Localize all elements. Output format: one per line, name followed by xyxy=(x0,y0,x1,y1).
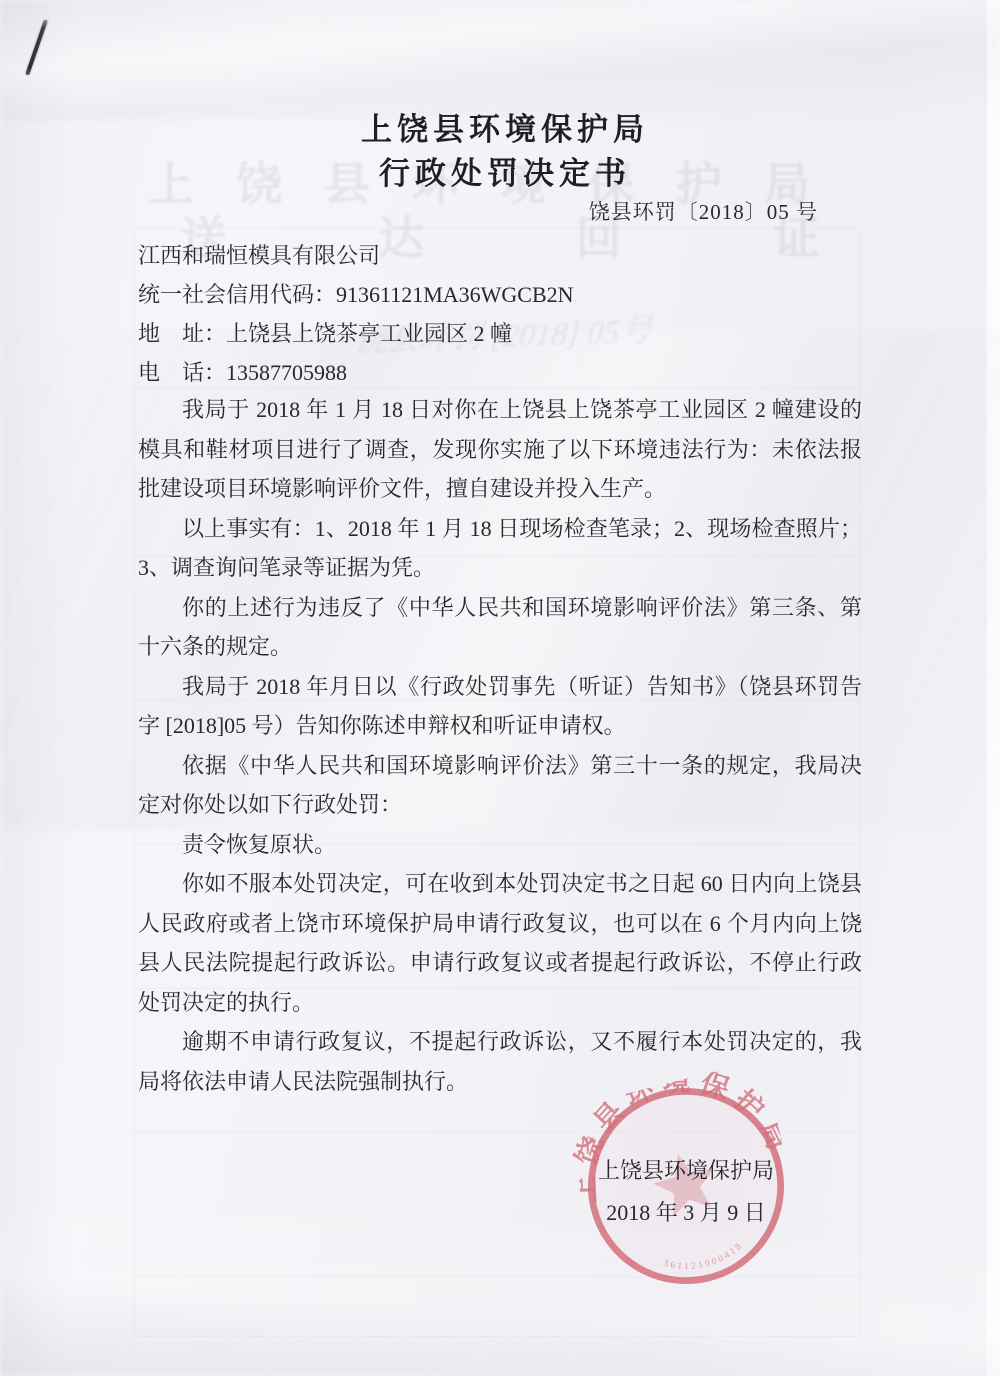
paper-crease xyxy=(0,1216,1000,1376)
credit-code-value: 91361121MA36WGCB2N xyxy=(336,282,574,307)
body-paragraph: 我局于 2018 年 1 月 18 日对你在上饶县上饶茶亭工业园区 2 幢建设的… xyxy=(138,390,862,509)
address-label: 地 址： xyxy=(138,321,226,346)
document-number: 饶县环罚〔2018〕05 号 xyxy=(0,196,818,226)
body-paragraph: 你的上述行为违反了《中华人民共和国环境影响评价法》第三条、第十六条的规定。 xyxy=(138,588,862,667)
credit-code-label: 统一社会信用代码： xyxy=(138,282,336,307)
phone-value: 13587705988 xyxy=(226,360,347,385)
paper-crease xyxy=(0,0,1000,120)
body-paragraph: 你如不服本处罚决定，可在收到本处罚决定书之日起 60 日内向上饶县人民政府或者上… xyxy=(138,864,862,1022)
scanned-document-page: 上饶县环境保护局 送 达 回 证 饶县环罚 [2018] 05号 上饶县环境保护… xyxy=(0,0,1000,1376)
document-header: 上饶县环境保护局 行政处罚决定书 xyxy=(0,108,1000,196)
recipient-credit-code-row: 统一社会信用代码：91361121MA36WGCB2N xyxy=(138,275,862,314)
document-type-title: 行政处罚决定书 xyxy=(0,152,1000,196)
body-paragraph: 以上事实有：1、2018 年 1 月 18 日现场检查笔录；2、现场检查照片；3… xyxy=(138,509,862,588)
phone-label: 电 话： xyxy=(138,360,226,385)
recipient-block: 江西和瑞恒模具有限公司 统一社会信用代码：91361121MA36WGCB2N … xyxy=(138,236,862,392)
recipient-company: 江西和瑞恒模具有限公司 xyxy=(138,236,862,275)
agency-title: 上饶县环境保护局 xyxy=(0,108,1000,152)
recipient-phone-row: 电 话：13587705988 xyxy=(138,353,862,392)
address-value: 上饶县上饶茶亭工业园区 2 幢 xyxy=(226,321,512,346)
document-body: 我局于 2018 年 1 月 18 日对你在上饶县上饶茶亭工业园区 2 幢建设的… xyxy=(138,390,862,1101)
body-paragraph: 依据《中华人民共和国环境影响评价法》第三十一条的规定，我局决定对你处以如下行政处… xyxy=(138,746,862,825)
body-paragraph: 责令恢复原状。 xyxy=(138,825,862,865)
recipient-address-row: 地 址：上饶县上饶茶亭工业园区 2 幢 xyxy=(138,314,862,353)
body-paragraph: 我局于 2018 年月日以《行政处罚事先（听证）告知书》（饶县环罚告字 [201… xyxy=(138,667,862,746)
